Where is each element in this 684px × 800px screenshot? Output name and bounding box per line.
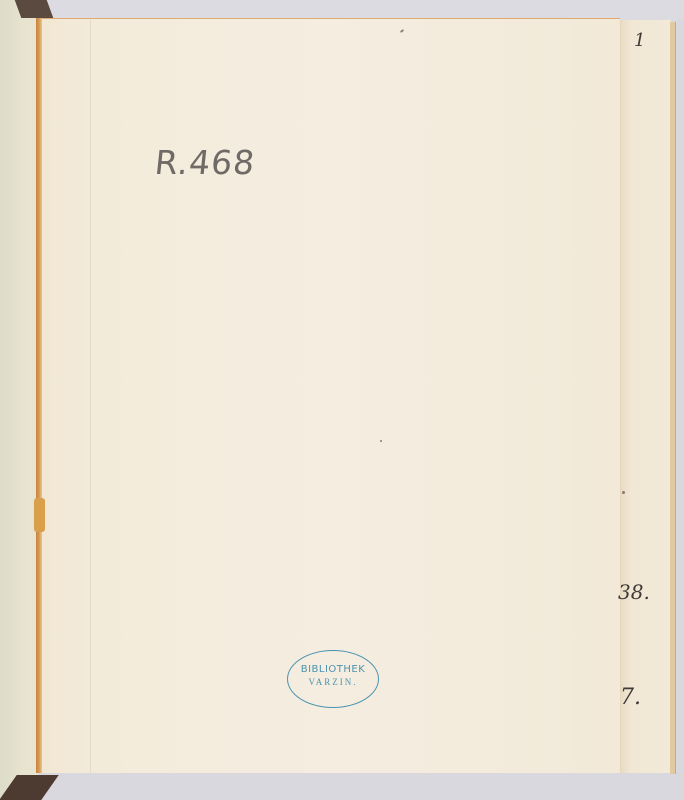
shelfmark-pencil: R.468 <box>153 143 257 182</box>
library-stamp: BIBLIOTHEK VARZIN. <box>287 650 379 708</box>
right-flyleaf-strip <box>620 20 671 773</box>
spine-tab <box>34 498 45 532</box>
flyleaf-mark-1: 1 <box>634 30 645 51</box>
background-top <box>0 0 684 20</box>
flyleaf-mark-2: 38. <box>618 580 650 604</box>
spine-edge <box>36 18 42 773</box>
page-fold-line <box>90 18 91 773</box>
cover-corner-top <box>15 0 54 18</box>
speck <box>622 491 625 494</box>
right-board-edge <box>670 22 676 774</box>
stamp-line-1: BIBLIOTHEK <box>288 664 378 675</box>
left-cover-board <box>0 0 38 800</box>
stamp-line-2: VARZIN. <box>288 677 378 687</box>
speck <box>380 440 382 442</box>
flyleaf-mark-3: 7. <box>620 685 641 710</box>
